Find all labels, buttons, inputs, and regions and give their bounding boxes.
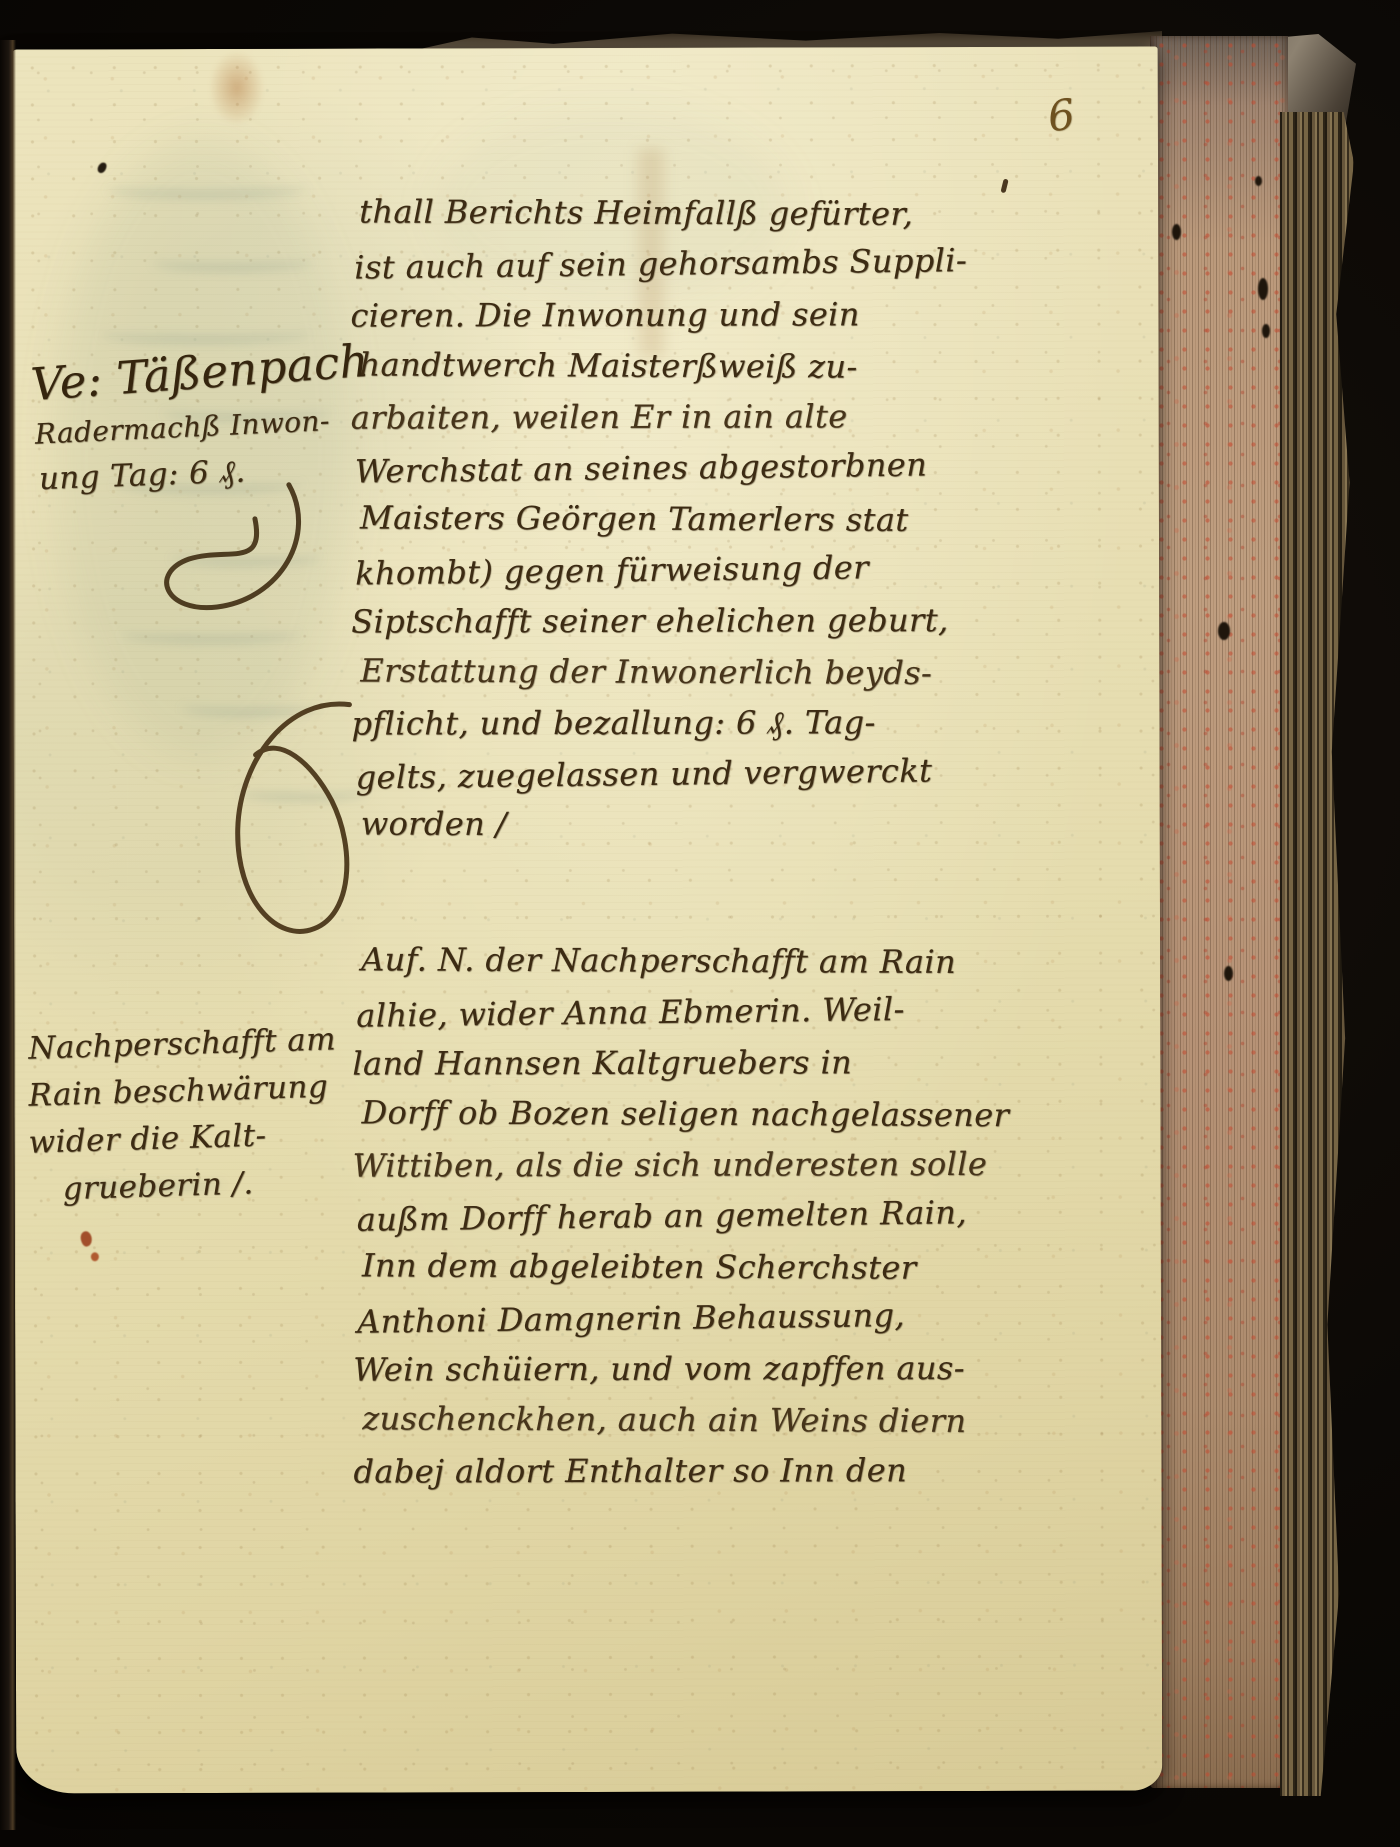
margin-note-neighbourhood: Nachperschafft am Rain beschwärung wider… [28,1021,336,1210]
edge-blot [1172,224,1181,240]
text-line: Anthoni Damgnerin Behaussung, [357,1289,1010,1348]
text-line: arbaiten, weilen Er in ain alte [351,391,968,444]
text-line: ist auch auf sein gehorsambs Suppli- [354,235,967,293]
text-line: handtwerch Maisterßweiß zu- [359,339,967,393]
rust-stain [208,49,266,127]
edge-blot [1258,278,1268,300]
text-line: land Hannsen Kaltgruebers in [352,1037,1009,1090]
text-line: Dorff ob Bozen seligen nachgelassener [361,1087,1009,1141]
edge-blot [1218,622,1230,640]
page-number: 6 [1045,89,1078,141]
text-line: pflicht, und bezallung: 6 ₰. Tag- [351,697,968,750]
text-line: alhie, wider Anna Ebmerin. Weil- [356,983,1009,1042]
edge-blot [1224,966,1233,981]
text-line: Werchstat an seines abgestorbnen [355,439,968,497]
red-ink-mark [79,1230,94,1248]
red-ink-mark [91,1252,99,1261]
manuscript-photo: 6 Ve: Täßenpach Radermachß Inwon- ung Ta… [0,0,1400,1847]
margin-note-line: grueberin /. [62,1158,337,1213]
loose-page-edges [1280,112,1354,1796]
text-line: Erstattung der Inwonerlich beyds- [360,645,968,699]
text-line: Auf. N. der Nachperschafft am Rain [361,934,1009,988]
text-line: Siptschafft seiner ehelichen geburt, [351,595,968,648]
text-line: worden / [361,798,969,852]
text-line: außm Dorff herab an gemelten Rain, [356,1187,1009,1246]
text-line: khombt) gegen fürweisung der [355,541,968,599]
text-line: Wittiben, als die sich underesten solle [353,1139,1010,1192]
body-paragraph-1: thall Berichts Heimfallß gefürter, ist a… [350,187,969,852]
text-line: zuschenckhen, auch ain Weins diern [362,1393,1010,1447]
manuscript-page: 6 Ve: Täßenpach Radermachß Inwon- ung Ta… [12,47,1163,1794]
text-line: Wein schüiern, und vom zapffen aus- [353,1343,1010,1396]
edge-blot [1262,324,1270,338]
binding-gutter [0,40,16,1830]
text-line: dabej aldort Enthalter so Inn den [353,1445,1010,1498]
body-paragraph-2: Auf. N. der Nachperschafft am Rain alhie… [352,935,1010,1498]
ink-speck [1000,179,1008,194]
text-line: gelts, zuegelassen und vergwerckt [355,745,968,803]
text-line: Inn dem abgeleibten Scherchster [362,1240,1010,1294]
edge-blot [1255,176,1262,186]
book-fore-edge [1150,36,1288,1788]
ink-speck [96,161,107,174]
text-line: thall Berichts Heimfallß gefürter, [359,186,967,240]
ink-showthrough [239,784,369,801]
text-line: Maisters Geörgen Tamerlers stat [360,492,968,546]
text-line: cieren. Die Inwonung und sein [350,289,967,342]
margin-note-trade: Ve: Täßenpach Radermachß Inwon- ung Tag:… [30,341,369,498]
ink-showthrough [181,699,321,716]
